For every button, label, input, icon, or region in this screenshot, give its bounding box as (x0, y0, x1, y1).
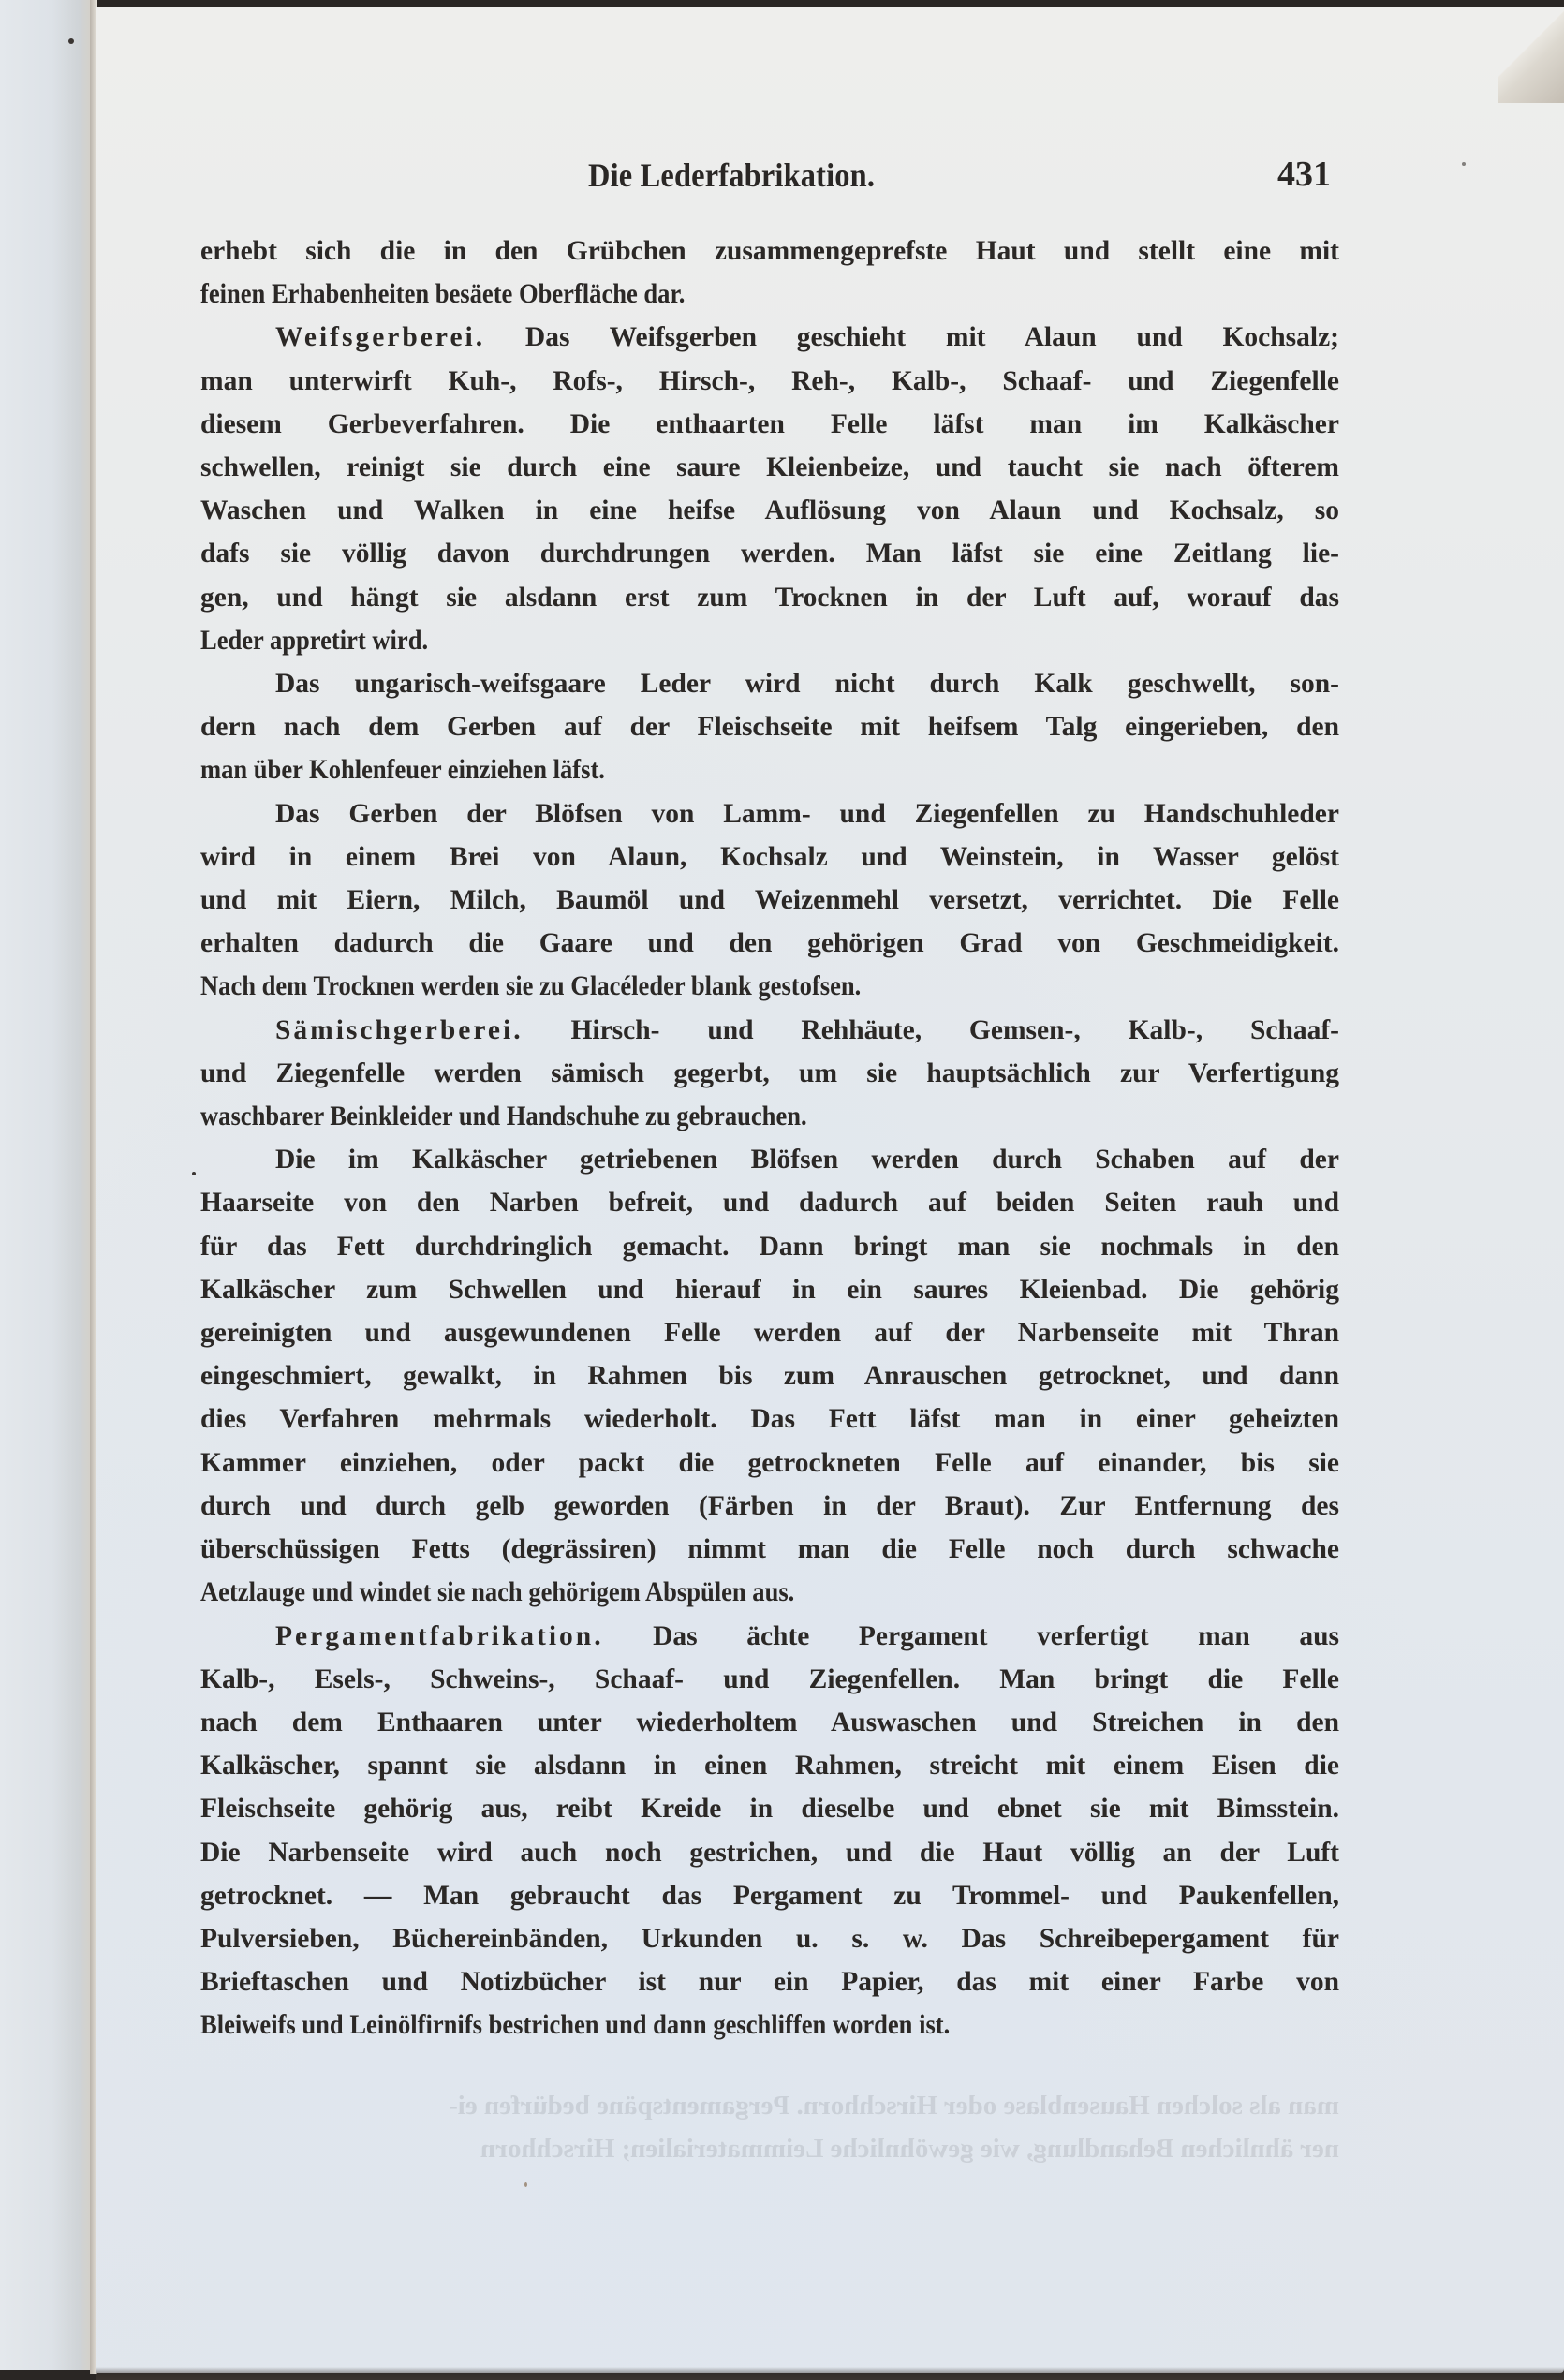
paragraph-handschuhleder: Das Gerben der Blöfsen von Lamm- und Zie… (200, 792, 1339, 1009)
show-through-line: ner ähnlichen Behandlung, wie gewöhnlich… (200, 2134, 1339, 2165)
text-line: gen, und hängt sie alsdann erst zum Troc… (200, 576, 1339, 619)
paper-speck (68, 38, 74, 44)
paragraph-continuation: erhebt sich die in den Grübchen zusammen… (200, 229, 1339, 316)
text-line: dafs sie völlig davon durchdrungen werde… (200, 532, 1339, 575)
text-line: Waschen und Walken in eine heifse Auflös… (200, 489, 1339, 532)
paragraph-ungarisch: Das ungarisch-weifsgaare Leder wird nich… (200, 662, 1339, 792)
text-line: durch und durch gelb geworden (Färben in… (200, 1485, 1339, 1528)
page-number: 431 (1277, 154, 1331, 195)
text-line: nach dem Enthaaren unter wiederholtem Au… (200, 1701, 1339, 1744)
paragraph-saemischgerberei: Sämischgerberei. Hirsch- und Rehhäute, G… (200, 1009, 1339, 1139)
text-line: Nach dem Trocknen werden sie zu Glacéled… (200, 965, 1225, 1008)
text-line: Brieftaschen und Notizbücher ist nur ein… (200, 1960, 1339, 2003)
text-line: Haarseite von den Narben befreit, und da… (200, 1181, 1339, 1224)
text-line: Pulversieben, Büchereinbänden, Urkunden … (200, 1917, 1339, 1960)
previous-page-edge (0, 0, 94, 2370)
text-line: Leder appretirt wird. (200, 619, 1225, 662)
text-line: erhebt sich die in den Grübchen zusammen… (200, 229, 1339, 273)
paragraph-pergamentfabrikation: Pergamentfabrikation. Das ächte Pergamen… (200, 1615, 1339, 2047)
section-heading: Weifsgerberei. (275, 322, 485, 352)
text-line: Kalb-, Esels-, Schweins-, Schaaf- und Zi… (200, 1658, 1339, 1701)
paper-speck (1462, 162, 1466, 166)
section-heading: Sämischgerberei. (275, 1015, 524, 1045)
text-line: Weifsgerberei. Das Weifsgerben geschieht… (200, 316, 1339, 359)
text-line: Kalkäscher, spannt sie alsdann in einen … (200, 1744, 1339, 1787)
text-line: gereinigten und ausgewundenen Felle werd… (200, 1311, 1339, 1354)
text-line: überschüssigen Fetts (degrässiren) nimmt… (200, 1528, 1339, 1571)
paragraph-weissgerberei: Weifsgerberei. Das Weifsgerben geschieht… (200, 316, 1339, 662)
text-line: Die Narbenseite wird auch noch gestriche… (200, 1831, 1339, 1874)
text-line: für das Fett durchdringlich gemacht. Dan… (200, 1225, 1339, 1268)
text-line: Kalkäscher zum Schwellen und hierauf in … (200, 1268, 1339, 1311)
show-through-line: man als solchen Hausenblase oder Hirschh… (200, 2091, 1339, 2121)
text-line: Pergamentfabrikation. Das ächte Pergamen… (200, 1615, 1339, 1658)
text-line: Aetzlauge und windet sie nach gehörigem … (200, 1571, 1225, 1614)
running-head: Die Lederfabrikation. 431 (0, 148, 1564, 204)
text-line: und Ziegenfelle werden sämisch gegerbt, … (200, 1052, 1339, 1095)
text-line: wird in einem Brei von Alaun, Kochsalz u… (200, 835, 1339, 879)
body-text: erhebt sich die in den Grübchen zusammen… (200, 229, 1339, 2047)
text-line: man unterwirft Kuh-, Rofs-, Hirsch-, Reh… (200, 360, 1339, 403)
text-line: Kammer einziehen, oder packt die getrock… (200, 1441, 1339, 1485)
text-line: schwellen, reinigt sie durch eine saure … (200, 446, 1339, 489)
text-line: und mit Eiern, Milch, Baumöl und Weizenm… (200, 879, 1339, 922)
paper-speck (524, 2182, 527, 2187)
text-line: Fleischseite gehörig aus, reibt Kreide i… (200, 1787, 1339, 1830)
section-heading: Pergamentfabrikation. (275, 1621, 604, 1651)
text-line: feinen Erhabenheiten besäete Oberfläche … (200, 273, 1225, 316)
text-line: Die im Kalkäscher getriebenen Blöfsen we… (200, 1138, 1339, 1181)
text-line: dern nach dem Gerben auf der Fleischseit… (200, 705, 1339, 748)
text-line: eingeschmiert, gewalkt, in Rahmen bis zu… (200, 1354, 1339, 1397)
text-line: erhalten dadurch die Gaare und den gehör… (200, 922, 1339, 965)
paper-speck (192, 1172, 196, 1175)
text-line: man über Kohlenfeuer einziehen läfst. (200, 748, 1225, 791)
folded-corner (1498, 0, 1564, 103)
text-line: dies Verfahren mehrmals wiederholt. Das … (200, 1397, 1339, 1441)
text-line: Das ungarisch-weifsgaare Leder wird nich… (200, 662, 1339, 705)
paragraph-kalkaescher: Die im Kalkäscher getriebenen Blöfsen we… (200, 1138, 1339, 1614)
text-line: diesem Gerbeverfahren. Die enthaarten Fe… (200, 403, 1339, 446)
text-line: getrocknet. — Man gebraucht das Pergamen… (200, 1874, 1339, 1917)
running-title: Die Lederfabrikation. (588, 155, 875, 195)
text-line: Sämischgerberei. Hirsch- und Rehhäute, G… (200, 1009, 1339, 1052)
text-line: waschbarer Beinkleider und Handschuhe zu… (200, 1095, 1225, 1138)
text-line: Bleiweifs und Leinölfirnifs bestrichen u… (200, 2003, 1225, 2047)
page-bottom-edge (96, 2367, 1564, 2380)
text-line: Das Gerben der Blöfsen von Lamm- und Zie… (200, 792, 1339, 835)
